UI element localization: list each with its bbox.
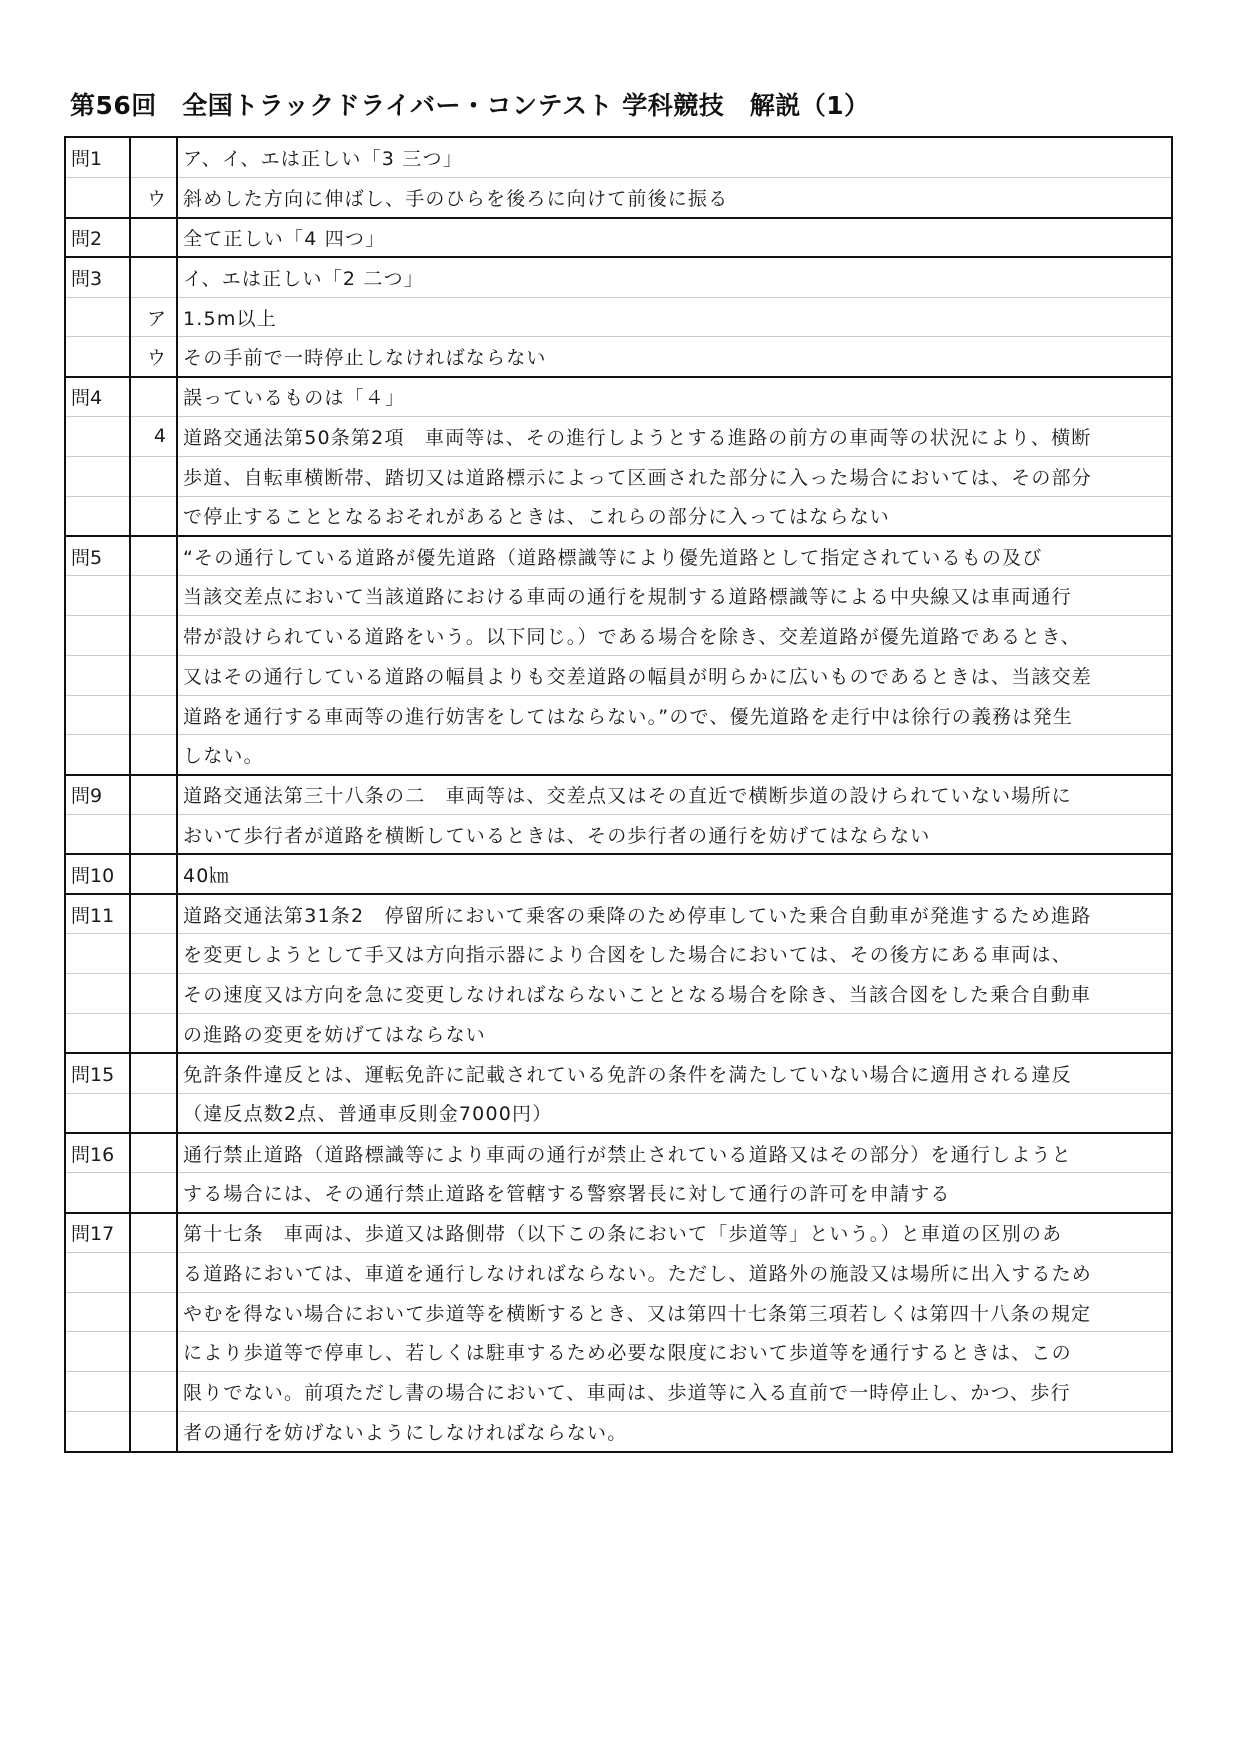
question-number-cell	[66, 1332, 130, 1372]
sub-item-cell	[130, 496, 177, 536]
question-number-cell	[66, 1372, 130, 1412]
table-row: の進路の変更を妨げてはならない	[66, 1014, 1171, 1054]
sub-item-cell	[130, 377, 177, 417]
sub-item-cell	[130, 1093, 177, 1133]
explanation-text-cell: 全て正しい「4 四つ」	[177, 218, 1171, 258]
explanation-text-cell: る道路においては、車道を通行しなければならない。ただし、道路外の施設又は場所に出…	[177, 1252, 1171, 1292]
explanation-text-cell: 帯が設けられている道路をいう。以下同じ。）である場合を除き、交差道路が優先道路で…	[177, 616, 1171, 656]
answer-table: 問1ア、イ、エは正しい「3 三つ」ウ斜めした方向に伸ばし、手のひらを後ろに向けて…	[64, 136, 1173, 1453]
explanation-text-cell: 当該交差点において当該道路における車両の通行を規制する道路標識等による中央線又は…	[177, 576, 1171, 616]
question-number-cell	[66, 576, 130, 616]
table-row: 限りでない。前項ただし書の場合において、車両は、歩道等に入る直前で一時停止し、か…	[66, 1372, 1171, 1412]
table-row: 4道路交通法第50条第2項 車両等は、その進行しようとする進路の前方の車両等の状…	[66, 417, 1171, 457]
question-number-cell: 問5	[66, 536, 130, 576]
question-number-cell	[66, 178, 130, 218]
question-number-cell	[66, 1014, 130, 1054]
explanation-text-cell: 通行禁止道路（道路標識等により車両の通行が禁止されている道路又はその部分）を通行…	[177, 1133, 1171, 1173]
sub-item-cell	[130, 1292, 177, 1332]
question-number-cell	[66, 815, 130, 855]
sub-item-cell	[130, 576, 177, 616]
sub-item-cell: ア	[130, 297, 177, 337]
sub-item-cell	[130, 1372, 177, 1412]
table-row: 問11道路交通法第31条2 停留所において乗客の乗降のため停車していた乗合自動車…	[66, 894, 1171, 934]
table-row: 問5“その通行している道路が優先道路（道路標識等により優先道路として指定されてい…	[66, 536, 1171, 576]
sub-item-cell	[130, 735, 177, 775]
explanation-text-cell: 限りでない。前項ただし書の場合において、車両は、歩道等に入る直前で一時停止し、か…	[177, 1372, 1171, 1412]
explanation-text-cell: 免許条件違反とは、運転免許に記載されている免許の条件を満たしていない場合に適用さ…	[177, 1053, 1171, 1093]
question-number-cell: 問9	[66, 775, 130, 815]
explanation-text-cell: する場合には、その通行禁止道路を管轄する警察署長に対して通行の許可を申請する	[177, 1173, 1171, 1213]
table-row: 問9道路交通法第三十八条の二 車両等は、交差点又はその直近で横断歩道の設けられて…	[66, 775, 1171, 815]
explanation-text-cell: 道路交通法第50条第2項 車両等は、その進行しようとする進路の前方の車両等の状況…	[177, 417, 1171, 457]
table-row: 道路を通行する車両等の進行妨害をしてはならない。”ので、優先道路を走行中は徐行の…	[66, 695, 1171, 735]
question-number-cell	[66, 934, 130, 974]
table-row: 問16通行禁止道路（道路標識等により車両の通行が禁止されている道路又はその部分）…	[66, 1133, 1171, 1173]
explanation-text-cell: やむを得ない場合において歩道等を横断するとき、又は第四十七条第三項若しくは第四十…	[177, 1292, 1171, 1332]
sub-item-cell	[130, 1173, 177, 1213]
question-number-cell	[66, 1412, 130, 1452]
explanation-text-cell: イ、エは正しい「2 二つ」	[177, 257, 1171, 297]
table-row: おいて歩行者が道路を横断しているときは、その歩行者の通行を妨げてはならない	[66, 815, 1171, 855]
table-row: 者の通行を妨げないようにしなければならない。	[66, 1412, 1171, 1452]
sub-item-cell	[130, 536, 177, 576]
explanation-text-cell: により歩道等で停車し、若しくは駐車するため必要な限度において歩道等を通行するとき…	[177, 1332, 1171, 1372]
sub-item-cell	[130, 1053, 177, 1093]
question-number-cell	[66, 496, 130, 536]
table-row: により歩道等で停車し、若しくは駐車するため必要な限度において歩道等を通行するとき…	[66, 1332, 1171, 1372]
table-row: （違反点数2点、普通車反則金7000円）	[66, 1093, 1171, 1133]
table-row: ウその手前で一時停止しなければならない	[66, 337, 1171, 377]
question-number-cell	[66, 337, 130, 377]
question-number-cell	[66, 655, 130, 695]
explanation-text-cell: “その通行している道路が優先道路（道路標識等により優先道路として指定されているも…	[177, 536, 1171, 576]
explanation-text-cell: その速度又は方向を急に変更しなければならないこととなる場合を除き、当該合図をした…	[177, 974, 1171, 1014]
table-row: 問1040㎞	[66, 854, 1171, 894]
table-row: 又はその通行している道路の幅員よりも交差道路の幅員が明らかに広いものであるときは…	[66, 655, 1171, 695]
question-number-cell	[66, 456, 130, 496]
sub-item-cell	[130, 815, 177, 855]
explanation-text-cell: しない。	[177, 735, 1171, 775]
sub-item-cell	[130, 1014, 177, 1054]
explanation-text-cell: 道路交通法第三十八条の二 車両等は、交差点又はその直近で横断歩道の設けられていな…	[177, 775, 1171, 815]
explanation-text-cell: （違反点数2点、普通車反則金7000円）	[177, 1093, 1171, 1133]
sub-item-cell	[130, 616, 177, 656]
table-row: 問15免許条件違反とは、運転免許に記載されている免許の条件を満たしていない場合に…	[66, 1053, 1171, 1093]
sub-item-cell: ウ	[130, 178, 177, 218]
sub-item-cell	[130, 1412, 177, 1452]
sub-item-cell	[130, 894, 177, 934]
sub-item-cell	[130, 257, 177, 297]
question-number-cell	[66, 417, 130, 457]
explanation-text-cell: の進路の変更を妨げてはならない	[177, 1014, 1171, 1054]
explanation-text-cell: 道路交通法第31条2 停留所において乗客の乗降のため停車していた乗合自動車が発進…	[177, 894, 1171, 934]
question-number-cell: 問3	[66, 257, 130, 297]
sub-item-cell	[130, 934, 177, 974]
explanation-text-cell: その手前で一時停止しなければならない	[177, 337, 1171, 377]
sub-item-cell	[130, 854, 177, 894]
explanation-text-cell: 者の通行を妨げないようにしなければならない。	[177, 1412, 1171, 1452]
table-row: で停止することとなるおそれがあるときは、これらの部分に入ってはならない	[66, 496, 1171, 536]
explanation-text-cell: で停止することとなるおそれがあるときは、これらの部分に入ってはならない	[177, 496, 1171, 536]
question-number-cell: 問1	[66, 138, 130, 178]
question-number-cell	[66, 297, 130, 337]
table-row: 当該交差点において当該道路における車両の通行を規制する道路標識等による中央線又は…	[66, 576, 1171, 616]
table-row: ア1.5m以上	[66, 297, 1171, 337]
sub-item-cell	[130, 218, 177, 258]
table-row: 問1ア、イ、エは正しい「3 三つ」	[66, 138, 1171, 178]
sub-item-cell: 4	[130, 417, 177, 457]
explanation-text-cell: 道路を通行する車両等の進行妨害をしてはならない。”ので、優先道路を走行中は徐行の…	[177, 695, 1171, 735]
table-row: 問2全て正しい「4 四つ」	[66, 218, 1171, 258]
table-row: 問17第十七条 車両は、歩道又は路側帯（以下この条において「歩道等」という。）と…	[66, 1213, 1171, 1253]
question-number-cell: 問11	[66, 894, 130, 934]
explanation-text-cell: を変更しようとして手又は方向指示器により合図をした場合においては、その後方にある…	[177, 934, 1171, 974]
question-number-cell	[66, 695, 130, 735]
explanation-text-cell: 斜めした方向に伸ばし、手のひらを後ろに向けて前後に振る	[177, 178, 1171, 218]
sub-item-cell	[130, 775, 177, 815]
table-row: 問3イ、エは正しい「2 二つ」	[66, 257, 1171, 297]
table-row: 歩道、自転車横断帯、踏切又は道路標示によって区画された部分に入った場合においては…	[66, 456, 1171, 496]
explanation-text-cell: 40㎞	[177, 854, 1171, 894]
explanation-text-cell: 誤っているものは「４」	[177, 377, 1171, 417]
explanation-text-cell: ア、イ、エは正しい「3 三つ」	[177, 138, 1171, 178]
sub-item-cell	[130, 1213, 177, 1253]
explanation-text-cell: おいて歩行者が道路を横断しているときは、その歩行者の通行を妨げてはならない	[177, 815, 1171, 855]
sub-item-cell	[130, 456, 177, 496]
explanation-text-cell: 1.5m以上	[177, 297, 1171, 337]
sub-item-cell	[130, 138, 177, 178]
sub-item-cell	[130, 1133, 177, 1173]
explanation-text-cell: 第十七条 車両は、歩道又は路側帯（以下この条において「歩道等」という。）と車道の…	[177, 1213, 1171, 1253]
question-number-cell: 問2	[66, 218, 130, 258]
question-number-cell	[66, 974, 130, 1014]
table-row: しない。	[66, 735, 1171, 775]
question-number-cell	[66, 1093, 130, 1133]
sub-item-cell	[130, 974, 177, 1014]
sub-item-cell	[130, 695, 177, 735]
question-number-cell	[66, 1173, 130, 1213]
question-number-cell: 問10	[66, 854, 130, 894]
sub-item-cell	[130, 655, 177, 695]
sub-item-cell	[130, 1252, 177, 1292]
question-number-cell	[66, 735, 130, 775]
sub-item-cell: ウ	[130, 337, 177, 377]
table-row: やむを得ない場合において歩道等を横断するとき、又は第四十七条第三項若しくは第四十…	[66, 1292, 1171, 1332]
table-row: ウ斜めした方向に伸ばし、手のひらを後ろに向けて前後に振る	[66, 178, 1171, 218]
table-row: る道路においては、車道を通行しなければならない。ただし、道路外の施設又は場所に出…	[66, 1252, 1171, 1292]
table-row: する場合には、その通行禁止道路を管轄する警察署長に対して通行の許可を申請する	[66, 1173, 1171, 1213]
table-row: 問4誤っているものは「４」	[66, 377, 1171, 417]
question-number-cell: 問15	[66, 1053, 130, 1093]
question-number-cell: 問16	[66, 1133, 130, 1173]
page-title: 第56回 全国トラックドライバー・コンテスト 学科競技 解説（1）	[70, 86, 870, 122]
question-number-cell	[66, 1252, 130, 1292]
table-row: 帯が設けられている道路をいう。以下同じ。）である場合を除き、交差道路が優先道路で…	[66, 616, 1171, 656]
sub-item-cell	[130, 1332, 177, 1372]
explanation-text-cell: 歩道、自転車横断帯、踏切又は道路標示によって区画された部分に入った場合においては…	[177, 456, 1171, 496]
question-number-cell	[66, 616, 130, 656]
table-row: を変更しようとして手又は方向指示器により合図をした場合においては、その後方にある…	[66, 934, 1171, 974]
explanation-text-cell: 又はその通行している道路の幅員よりも交差道路の幅員が明らかに広いものであるときは…	[177, 655, 1171, 695]
question-number-cell: 問17	[66, 1213, 130, 1253]
question-number-cell	[66, 1292, 130, 1332]
table-row: その速度又は方向を急に変更しなければならないこととなる場合を除き、当該合図をした…	[66, 974, 1171, 1014]
question-number-cell: 問4	[66, 377, 130, 417]
